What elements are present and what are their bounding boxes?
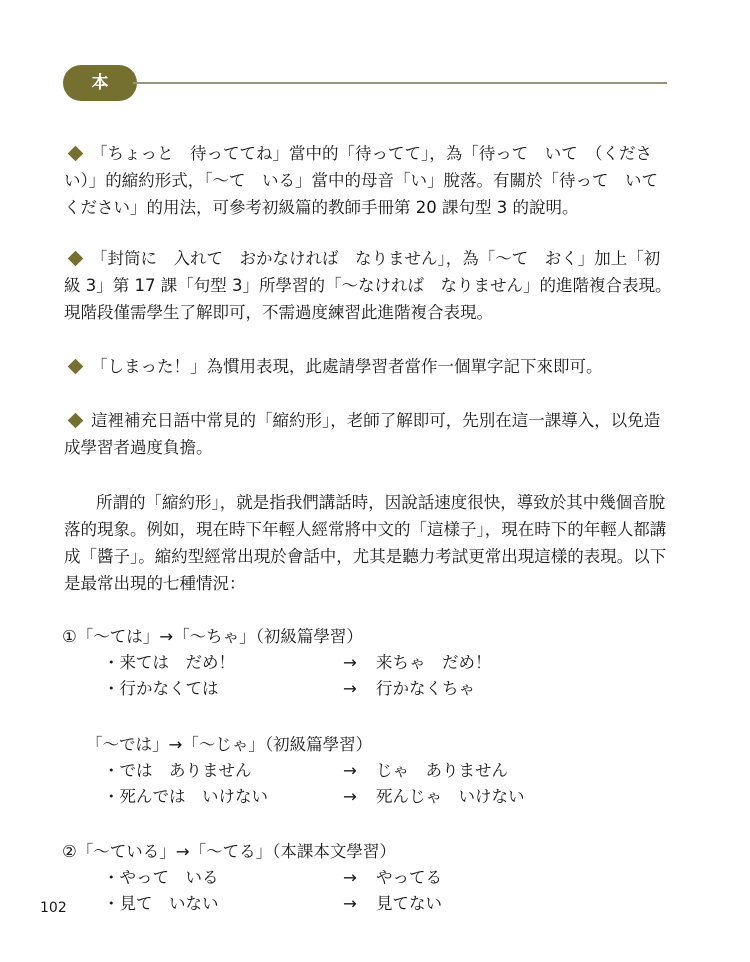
note-paragraph-1: 「ちょっと 待っててね」當中的「待ってて」，為「待って いて （くださ い）」的… <box>64 140 674 221</box>
note-paragraph-4: 這裡補充日語中常見的「縮約形」，老師了解即可，先別在這一課導入，以免造成學習者過… <box>64 407 674 461</box>
example-heading: ①「～ては」→「～ちゃ」（初級篇學習） <box>62 624 363 650</box>
arrow-icon: → <box>343 758 357 784</box>
diamond-bullet-icon <box>68 146 84 162</box>
example-heading: ②「～ている」→「～てる」（本課本文學習） <box>62 839 396 865</box>
arrow-icon: → <box>343 865 357 891</box>
arrow-icon: → <box>343 891 357 917</box>
diamond-bullet-icon <box>68 413 84 429</box>
arrow-icon: → <box>343 676 357 702</box>
diamond-bullet-icon <box>68 359 84 375</box>
page-number: 102 <box>40 900 67 916</box>
arrow-icon: → <box>343 650 357 676</box>
note-paragraph-3: 「しまった！」為慣用表現，此處請學習者當作一個單字記下來即可。 <box>64 353 674 380</box>
section-divider <box>133 82 667 84</box>
arrow-icon: → <box>343 784 357 810</box>
section-header: 本 文 <box>63 65 667 101</box>
diamond-bullet-icon <box>68 251 84 267</box>
body-paragraph: 所謂的「縮約形」，就是指我們講話時，因說話速度很快，導致於其中幾個音脫落的現象。… <box>64 489 674 597</box>
section-label-pill: 本 文 <box>63 65 137 101</box>
example-heading: 「～では」→「～じゃ」（初級篇學習） <box>86 732 372 758</box>
note-paragraph-2: 「封筒に 入れて おかなければ なりません」，為「～て おく」加上「初級 3」第… <box>64 245 674 326</box>
